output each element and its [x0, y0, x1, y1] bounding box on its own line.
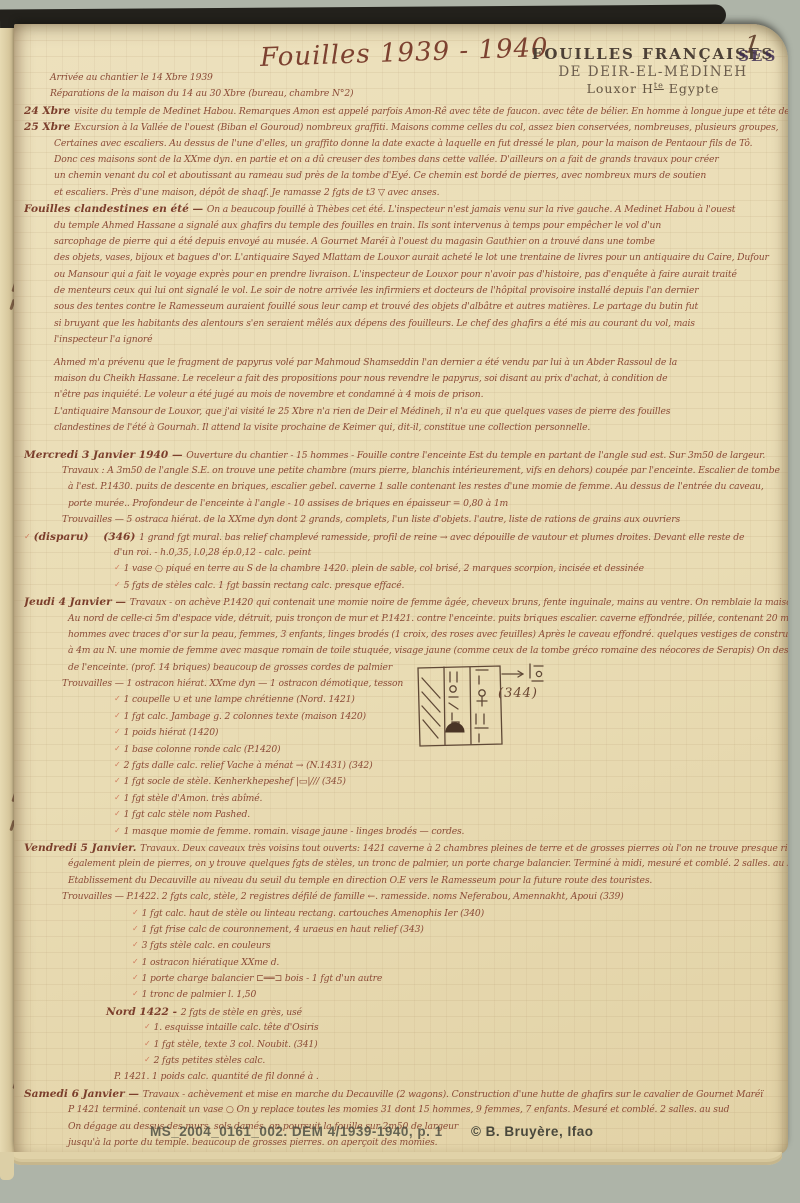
entry-text: 1 vase ○ piqué en terre au S de la chamb… — [124, 563, 644, 574]
entry-text: du temple Ahmed Hassane a signalé aux gh… — [54, 220, 661, 231]
journal-line: Nord 1422 - 2 fgts de stèle en grès, usé — [24, 1006, 788, 1022]
page-stack-edge-left — [0, 1152, 14, 1180]
entry-text: à l'est. P.1430. puits de descente en br… — [68, 481, 764, 492]
entry-text: sarcophage de pierre qui a été depuis en… — [54, 236, 655, 247]
entry-text: maison du Cheikh Hassane. Le receleur a … — [54, 373, 667, 384]
entry-text: également plein de pierres, on y trouve … — [68, 858, 788, 869]
hieroglyph-sketch — [412, 658, 562, 766]
journal-line: ✓1 coupelle ∪ et une lampe chrétienne (N… — [24, 694, 788, 710]
entry-heading: 24 Xbre — [24, 105, 74, 117]
entry-text: 1 fgt calc. Jambage g. 2 colonnes texte … — [124, 711, 366, 722]
journal-line: et escaliers. Près d'une maison, dépôt d… — [24, 187, 788, 203]
entry-heading: 25 Xbre — [24, 121, 74, 133]
journal-line: ✓2 fgts petites stèles calc. — [24, 1055, 788, 1071]
journal-line: Donc ces maisons sont de la XXme dyn. en… — [24, 154, 788, 170]
entry-heading: Nord 1422 - — [106, 1006, 181, 1018]
check-mark-icon: ✓ — [114, 580, 121, 589]
journal-line: Vendredi 5 Janvier. Travaux. Deux caveau… — [24, 842, 788, 858]
entry-text: sous des tentes contre le Ramesseum aura… — [54, 301, 698, 312]
journal-line: ✓1 vase ○ piqué en terre au S de la cham… — [24, 563, 788, 579]
entry-text: P. 1421. 1 poids calc. quantité de fil d… — [114, 1071, 319, 1082]
check-mark-icon: ✓ — [144, 1055, 151, 1064]
entry-text: hommes avec traces d'or sur la peau, fem… — [68, 629, 788, 640]
journal-line: de menteurs ceux qui lui ont signalé le … — [24, 285, 788, 301]
entry-heading: Vendredi 5 Janvier. — [24, 842, 140, 854]
check-mark-icon: ✓ — [132, 908, 139, 917]
check-mark-icon: ✓ — [114, 694, 121, 703]
journal-line: ✓1 fgt calc. Jambage g. 2 colonnes texte… — [24, 711, 788, 727]
journal-line: Etablissement du Decauville au niveau du… — [24, 875, 788, 891]
journal-line: ✓2 fgts dalle calc. relief Vache à ménat… — [24, 760, 788, 776]
entry-text: On a beaucoup fouillé à Thèbes cet été. … — [207, 204, 736, 215]
entry-text: Travaux - on achève P.1420 qui contenait… — [130, 597, 788, 608]
archive-watermark: MS_2004_0161_002. DEM 4/1939-1940, p. 1 … — [150, 1124, 593, 1139]
check-mark-icon: ✓ — [132, 940, 139, 949]
journal-line: Trouvailles — 1 ostracon hiérat. XXme dy… — [24, 678, 788, 694]
journal-line: ✓1 fgt calc. haut de stèle ou linteau re… — [24, 908, 788, 924]
journal-line: d'un roi. - h.0,35, l.0,28 ép.0,12 - cal… — [24, 547, 788, 563]
entry-text: 1 fgt stèle d'Amon. très abîmé. — [124, 793, 263, 804]
entry-text: de menteurs ceux qui lui ont signalé le … — [54, 285, 698, 296]
entry-text: 1 fgt frise calc de couronnement, 4 urae… — [142, 924, 424, 935]
journal-line: ✓1 ostracon hiératique XXme d. — [24, 957, 788, 973]
journal-line: 25 Xbre Excursion à la Vallée de l'ouest… — [24, 121, 788, 137]
journal-line: 24 Xbre visite du temple de Medinet Habo… — [24, 105, 788, 121]
entry-text: Arrivée au chantier le 14 Xbre 1939 — [50, 72, 213, 83]
check-mark-icon: ✓ — [144, 1022, 151, 1031]
journal-lines: Arrivée au chantier le 14 Xbre 1939Répar… — [24, 72, 788, 1162]
journal-line: du temple Ahmed Hassane a signalé aux gh… — [24, 220, 788, 236]
entry-text: 1 fgt calc stèle nom Pashed. — [124, 809, 250, 820]
entry-text: Travaux - achèvement et mise en marche d… — [143, 1089, 763, 1100]
journal-line: ou Mansour qui a fait le voyage exprès p… — [24, 269, 788, 285]
entry-text: de l'enceinte. (prof. 14 briques) beauco… — [68, 662, 392, 673]
entry-text: 5 fgts de stèles calc. 1 fgt bassin rect… — [124, 580, 405, 591]
entry-text: n'être pas inquiété. Le voleur a été jug… — [54, 389, 483, 400]
entry-text: 1 fgt socle de stèle. Kenherkhepeshef |▭… — [124, 776, 346, 787]
check-mark-icon: ✓ — [24, 532, 31, 541]
check-mark-icon: ✓ — [114, 793, 121, 802]
journal-line: Trouvailles — P.1422. 2 fgts calc, stèle… — [24, 891, 788, 907]
check-mark-icon: ✓ — [114, 826, 121, 835]
journal-line: Au nord de celle-ci 5m d'espace vide, dé… — [24, 613, 788, 629]
stamp-line-1: FOUILLES FRANÇAISES SES — [532, 45, 775, 64]
entry-text: 1 tronc de palmier l. 1,50 — [142, 989, 257, 1000]
sketch-number-label: (344) — [498, 686, 538, 701]
journal-line: ✓1. esquisse intaille calc. tête d'Osiri… — [24, 1022, 788, 1038]
check-mark-icon: ✓ — [114, 727, 121, 736]
journal-line: Réparations de la maison du 14 au 30 Xbr… — [24, 88, 788, 104]
journal-line: à l'est. P.1430. puits de descente en br… — [24, 481, 788, 497]
journal-line: jusqu'à la porte du temple. beaucoup de … — [24, 1137, 788, 1153]
entry-text: Donc ces maisons sont de la XXme dyn. en… — [54, 154, 719, 165]
journal-line: à 4m au N. une momie de femme avec masqu… — [24, 645, 788, 661]
journal-line: Certaines avec escaliers. Au dessus de l… — [24, 138, 788, 154]
journal-line: ✓1 fgt stèle d'Amon. très abîmé. — [24, 793, 788, 809]
entry-heading: Fouilles clandestines en été — — [24, 203, 207, 215]
journal-line: Mercredi 3 Janvier 1940 — Ouverture du c… — [24, 449, 788, 465]
entry-heading: Jeudi 4 Janvier — — [24, 596, 130, 608]
check-mark-icon: ✓ — [132, 989, 139, 998]
entry-text: ou Mansour qui a fait le voyage exprès p… — [54, 269, 737, 280]
entry-text: 1 porte charge balancier ⊏══⊐ bois - 1 f… — [142, 973, 383, 984]
hieroglyph-sketch-drawing — [412, 658, 562, 766]
entry-text: L'antiquaire Mansour de Louxor, que j'ai… — [54, 406, 670, 417]
entry-text: 1 grand fgt mural. bas relief champlevé … — [139, 532, 744, 543]
entry-text: un chemin venant du col et aboutissant a… — [54, 170, 706, 181]
entry-text: Trouvailles — 5 ostraca hiérat. de la XX… — [62, 514, 680, 525]
check-mark-icon: ✓ — [114, 760, 121, 769]
journal-line: un chemin venant du col et aboutissant a… — [24, 170, 788, 186]
entry-text: si bruyant que les habitants des alentou… — [54, 318, 695, 329]
journal-line: L'antiquaire Mansour de Louxor, que j'ai… — [24, 406, 788, 422]
entry-text: clandestines de l'été à Gournah. Il atte… — [54, 422, 590, 433]
entry-heading: Samedi 6 Janvier — — [24, 1088, 143, 1100]
entry-text: Ahmed m'a prévenu que le fragment de pap… — [54, 357, 677, 368]
journal-line: Fouilles clandestines en été — On a beau… — [24, 203, 788, 219]
entry-heading: (disparu) (346) — [34, 531, 140, 543]
entry-text: 1 coupelle ∪ et une lampe chrétienne (No… — [124, 694, 355, 705]
check-mark-icon: ✓ — [114, 776, 121, 785]
journal-line: ✓1 poids hiérat (1420) — [24, 727, 788, 743]
entry-text: Etablissement du Decauville au niveau du… — [68, 875, 652, 886]
entry-text: Certaines avec escaliers. Au dessus de l… — [54, 138, 752, 149]
journal-line: Jeudi 4 Janvier — Travaux - on achève P.… — [24, 596, 788, 612]
journal-line: l'inspecteur l'a ignoré — [24, 334, 788, 350]
entry-text: porte murée.. Profondeur de l'enceinte à… — [68, 498, 508, 509]
entry-text: Au nord de celle-ci 5m d'espace vide, dé… — [68, 613, 788, 624]
check-mark-icon: ✓ — [132, 957, 139, 966]
journal-line: Travaux : A 3m50 de l'angle S.E. on trou… — [24, 465, 788, 481]
stamp-overstrike: SES — [738, 47, 777, 66]
journal-line: ✓1 fgt calc stèle nom Pashed. — [24, 809, 788, 825]
check-mark-icon: ✓ — [114, 809, 121, 818]
journal-line: ✓1 fgt frise calc de couronnement, 4 ura… — [24, 924, 788, 940]
entry-text: 2 fgts de stèle en grès, usé — [181, 1007, 302, 1018]
journal-line: ✓1 masque momie de femme. romain. visage… — [24, 826, 788, 842]
entry-heading: Mercredi 3 Janvier 1940 — — [24, 449, 186, 461]
entry-text: visite du temple de Medinet Habou. Remar… — [74, 106, 788, 117]
entry-text: Trouvailles — P.1422. 2 fgts calc, stèle… — [62, 891, 624, 902]
check-mark-icon: ✓ — [132, 973, 139, 982]
entry-text: 2 fgts dalle calc. relief Vache à ménat … — [124, 760, 373, 771]
entry-text: 1. esquisse intaille calc. tête d'Osiris — [154, 1022, 319, 1033]
journal-line: Samedi 6 Janvier — Travaux - achèvement … — [24, 1088, 788, 1104]
entry-text: Excursion à la Vallée de l'ouest (Biban … — [74, 122, 778, 133]
watermark-credit: © B. Bruyère, Ifao — [471, 1124, 593, 1139]
entry-text: Réparations de la maison du 14 au 30 Xbr… — [50, 88, 353, 99]
journal-line: des objets, vases, bijoux et bagues d'or… — [24, 252, 788, 268]
journal-line: ✓3 fgts stèle calc. en couleurs — [24, 940, 788, 956]
journal-line: Ahmed m'a prévenu que le fragment de pap… — [24, 357, 788, 373]
journal-line: sous des tentes contre le Ramesseum aura… — [24, 301, 788, 317]
check-mark-icon: ✓ — [144, 1039, 151, 1048]
journal-line: hommes avec traces d'or sur la peau, fem… — [24, 629, 788, 645]
journal-line: ✓1 fgt stèle, texte 3 col. Noubit. (341) — [24, 1039, 788, 1055]
journal-line: sarcophage de pierre qui a été depuis en… — [24, 236, 788, 252]
journal-line: Arrivée au chantier le 14 Xbre 1939 — [24, 72, 788, 88]
journal-line: de l'enceinte. (prof. 14 briques) beauco… — [24, 662, 788, 678]
check-mark-icon: ✓ — [114, 711, 121, 720]
journal-line: maison du Cheikh Hassane. Le receleur a … — [24, 373, 788, 389]
entry-text: des objets, vases, bijoux et bagues d'or… — [54, 252, 769, 263]
entry-text: P 1421 terminé. contenait un vase ○ On y… — [68, 1104, 729, 1115]
entry-text: l'inspecteur l'a ignoré — [54, 334, 152, 345]
entry-text: Trouvailles — 1 ostracon hiérat. XXme dy… — [62, 678, 403, 689]
entry-text: Travaux : A 3m50 de l'angle S.E. on trou… — [62, 465, 780, 476]
entry-text: 1 masque momie de femme. romain. visage … — [124, 826, 465, 837]
entry-text: et escaliers. Près d'une maison, dépôt d… — [54, 187, 439, 198]
entry-text: 1 poids hiérat (1420) — [124, 727, 219, 738]
entry-text: d'un roi. - h.0,35, l.0,28 ép.0,12 - cal… — [114, 547, 311, 558]
journal-line: également plein de pierres, on y trouve … — [24, 858, 788, 874]
entry-text: 1 fgt calc. haut de stèle ou linteau rec… — [142, 908, 484, 919]
entry-text: à 4m au N. une momie de femme avec masqu… — [68, 645, 788, 656]
journal-line: ✓1 tronc de palmier l. 1,50 — [24, 989, 788, 1005]
journal-line: porte murée.. Profondeur de l'enceinte à… — [24, 498, 788, 514]
check-mark-icon: ✓ — [114, 744, 121, 753]
journal-line: ✓1 base colonne ronde calc (P.1420) — [24, 744, 788, 760]
entry-text: Ouverture du chantier - 15 hommes - Foui… — [186, 450, 765, 461]
entry-text: Travaux. Deux caveaux très voisins tout … — [140, 843, 788, 854]
journal-line: si bruyant que les habitants des alentou… — [24, 318, 788, 334]
journal-line: ✓1 porte charge balancier ⊏══⊐ bois - 1 … — [24, 973, 788, 989]
journal-line: P. 1421. 1 poids calc. quantité de fil d… — [24, 1071, 788, 1087]
journal-line: n'être pas inquiété. Le voleur a été jug… — [24, 389, 788, 405]
journal-line: ✓1 fgt socle de stèle. Kenherkhepeshef |… — [24, 776, 788, 792]
entry-text: 3 fgts stèle calc. en couleurs — [142, 940, 271, 951]
journal-line: Trouvailles — 5 ostraca hiérat. de la XX… — [24, 514, 788, 530]
entry-text: 1 base colonne ronde calc (P.1420) — [124, 744, 281, 755]
check-mark-icon: ✓ — [114, 563, 121, 572]
entry-text: 1 ostracon hiératique XXme d. — [142, 957, 280, 968]
watermark-id: MS_2004_0161_002. DEM 4/1939-1940, p. 1 — [150, 1124, 443, 1139]
entry-text: 1 fgt stèle, texte 3 col. Noubit. (341) — [154, 1039, 318, 1050]
journal-line: ✓5 fgts de stèles calc. 1 fgt bassin rec… — [24, 580, 788, 596]
journal-line: clandestines de l'été à Gournah. Il atte… — [24, 422, 788, 438]
entry-text: 2 fgts petites stèles calc. — [154, 1055, 266, 1066]
journal-line: ✓(disparu) (346) 1 grand fgt mural. bas … — [24, 531, 788, 547]
journal-line: P 1421 terminé. contenait un vase ○ On y… — [24, 1104, 788, 1120]
check-mark-icon: ✓ — [132, 924, 139, 933]
